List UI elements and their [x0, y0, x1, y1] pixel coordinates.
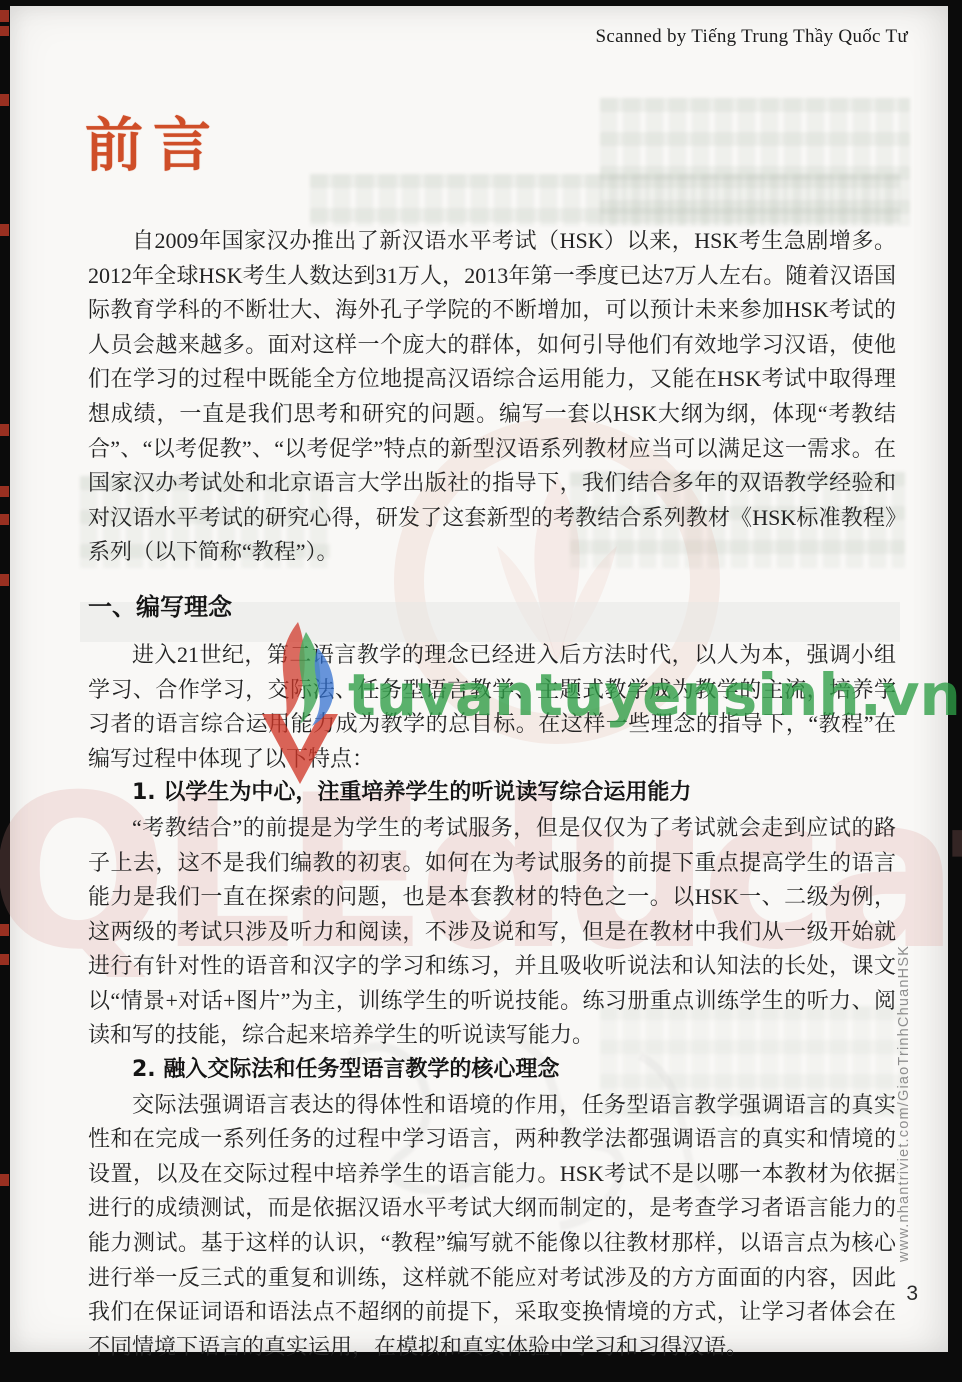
edge-red-mark [0, 514, 9, 525]
edge-red-mark [0, 954, 9, 965]
point2-paragraph: 交际法强调语言表达的得体性和语境的作用，任务型语言教学强调语言的真实性和在完成一… [88, 1088, 896, 1365]
scanned-by-credit: Scanned by Tiếng Trung Thầy Quốc Tư [595, 26, 908, 48]
edge-red-mark [0, 10, 9, 22]
edge-red-mark [0, 26, 9, 36]
point2-heading: 2. 融入交际法和任务型语言教学的核心理念 [88, 1053, 896, 1088]
edge-red-mark [0, 924, 9, 936]
side-vertical-url: www.nhantriviet.com/GiaoTrinhChuanHSK [896, 942, 912, 1262]
point1-paragraph: “考教结合”的前提是为学生的考试服务，但是仅仅为了考试就会走到应试的路子上去，这… [88, 811, 896, 1053]
page-number: 3 [906, 1282, 918, 1306]
point1-heading: 1. 以学生为中心，注重培养学生的听说读写综合运用能力 [88, 776, 896, 811]
edge-red-mark [0, 224, 9, 236]
edge-red-mark [0, 574, 9, 586]
bleed-through-upper [310, 174, 900, 226]
intro-paragraph: 自2009年国家汉办推出了新汉语水平考试（HSK）以来，HSK考生急剧增多。20… [88, 224, 896, 570]
edge-red-mark [0, 424, 9, 436]
edge-red-mark [0, 94, 9, 106]
scanned-page-sheet: QLEducation Scanned by Tiếng Trung Thầy … [10, 6, 948, 1352]
section-heading-1: 一、编写理念 [88, 592, 896, 622]
page-title: 前言 [85, 98, 221, 182]
flame-logo-watermark [248, 618, 352, 790]
site-watermark-text: tuvantuyensinh.vn [348, 661, 961, 729]
edge-red-mark [0, 1174, 9, 1186]
edge-red-mark [0, 486, 9, 497]
document-body: 自2009年国家汉办推出了新汉语水平考试（HSK）以来，HSK考生急剧增多。20… [88, 224, 896, 1364]
